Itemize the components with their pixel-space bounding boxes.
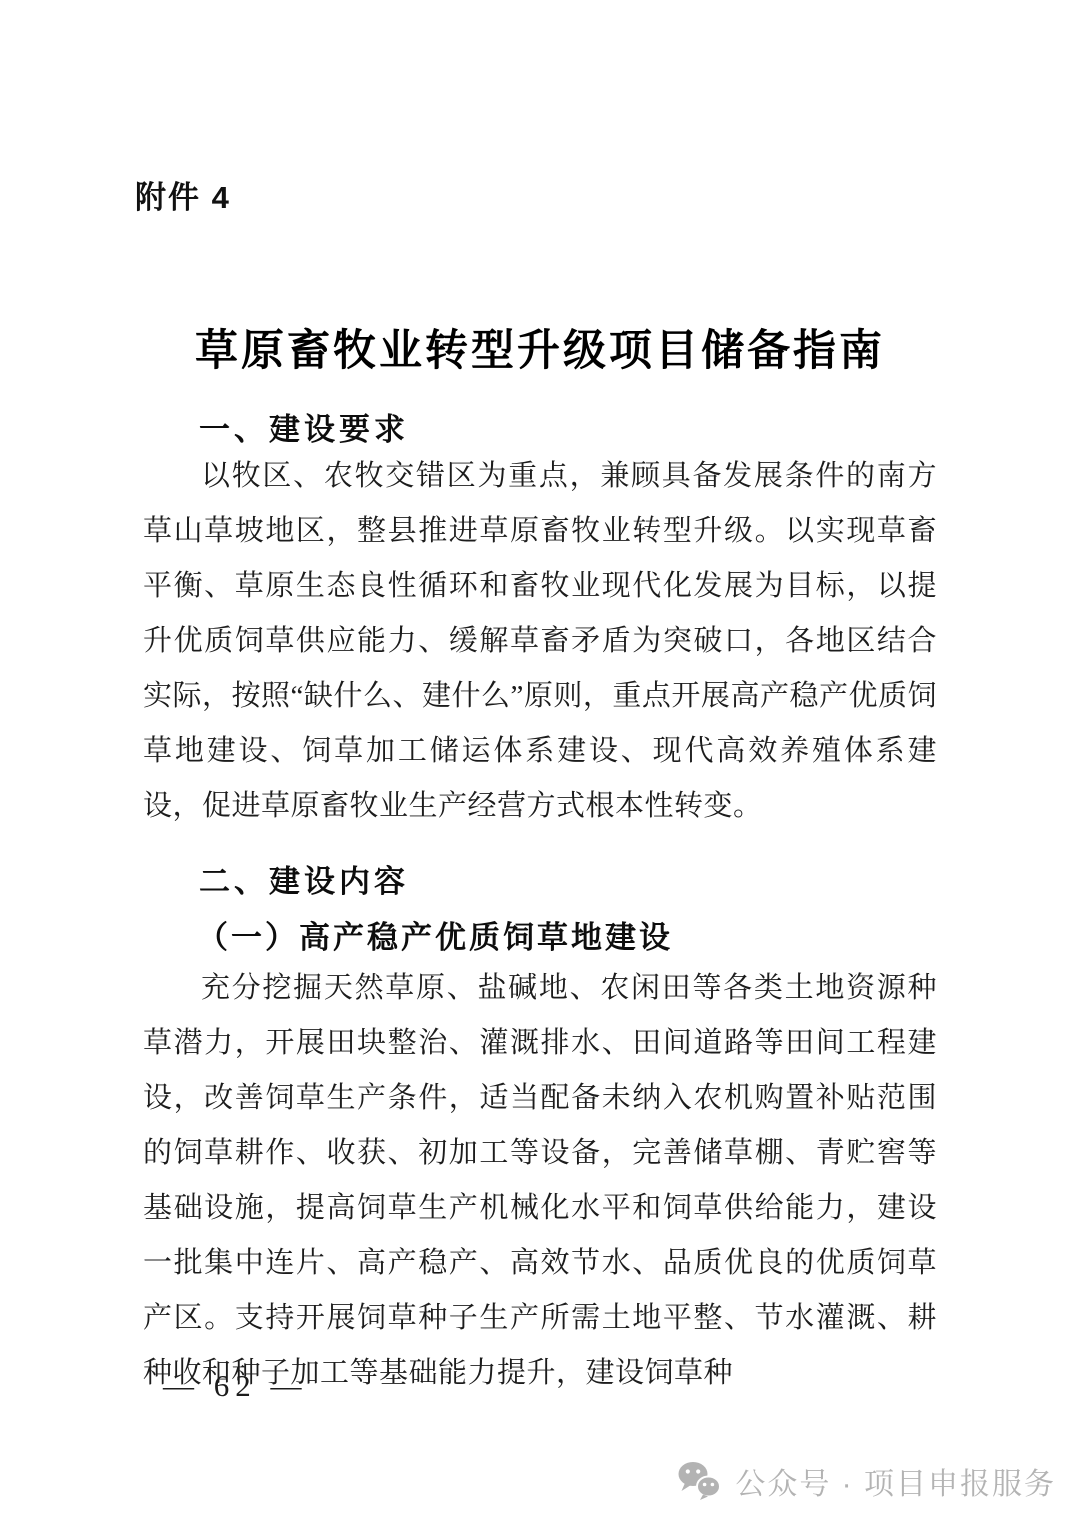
section-heading-requirements: 一、建设要求 bbox=[199, 404, 409, 449]
subsection-heading-forage-land: （一）高产稳产优质饲草地建设 bbox=[197, 912, 673, 957]
attachment-label: 附件 4 bbox=[135, 172, 231, 217]
page-title: 草原畜牧业转型升级项目储备指南 bbox=[0, 317, 1080, 378]
footer-watermark-text: 公众号 · 项目申报服务 bbox=[735, 1459, 1056, 1503]
paragraph-forage-land: 充分挖掘天然草原、盐碱地、农闲田等各类土地资源种草潜力，开展田块整治、灌溉排水、… bbox=[143, 961, 937, 1401]
page-number: — 62 — bbox=[163, 1368, 308, 1404]
paragraph-requirements: 以牧区、农牧交错区为重点，兼顾具备发展条件的南方草山草坡地区，整县推进草原畜牧业… bbox=[143, 449, 937, 834]
wechat-icon bbox=[677, 1461, 723, 1501]
section-heading-content: 二、建设内容 bbox=[199, 856, 409, 901]
footer-watermark: 公众号 · 项目申报服务 bbox=[677, 1458, 1056, 1504]
document-page: 附件 4 草原畜牧业转型升级项目储备指南 一、建设要求 以牧区、农牧交错区为重点… bbox=[0, 0, 1080, 1527]
